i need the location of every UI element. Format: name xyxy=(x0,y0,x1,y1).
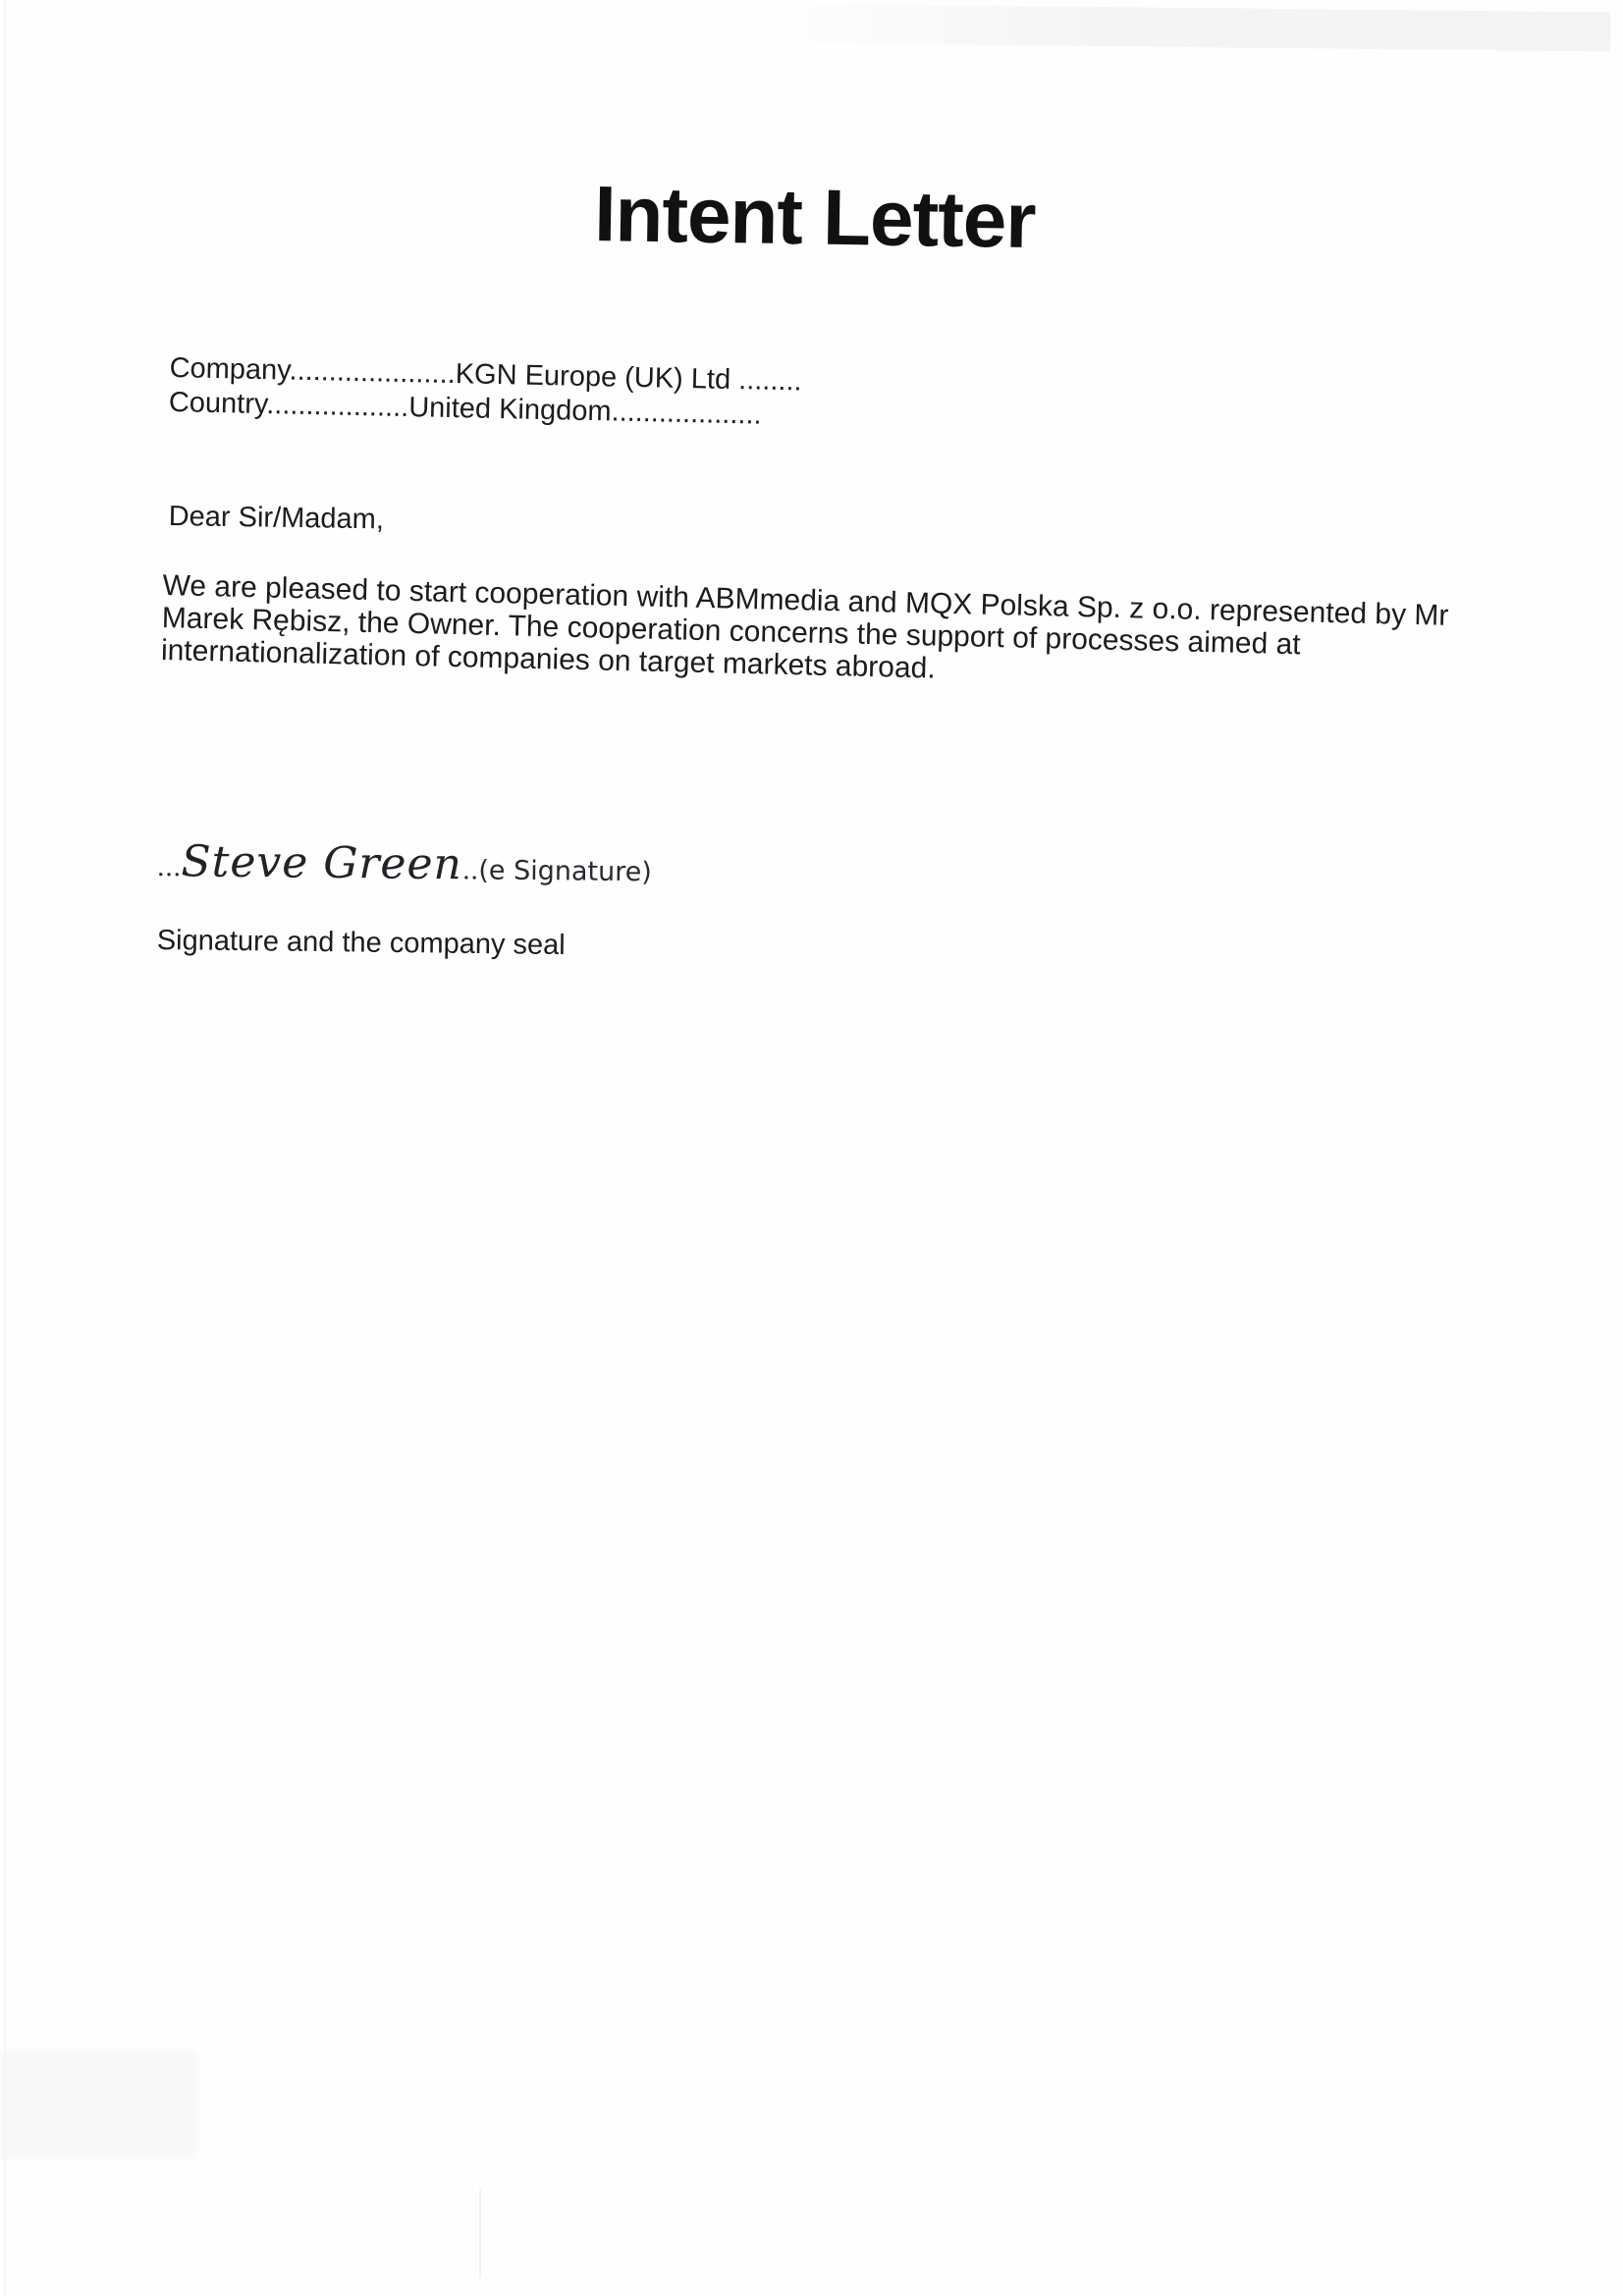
scanned-letter-page: Intent Letter Company...................… xyxy=(0,0,1623,2296)
company-trailing-dots: ........ xyxy=(730,364,802,398)
scan-bleed-artifact xyxy=(0,2052,196,2160)
scan-edge-artifact xyxy=(4,0,6,2296)
signature-trailing-dots: .. xyxy=(462,856,479,885)
company-label: Company xyxy=(169,352,290,387)
country-leader-dots: .................. xyxy=(266,389,409,423)
scan-bleed-artifact xyxy=(766,3,1610,51)
company-leader-dots: ..................... xyxy=(289,355,456,391)
signature-block: ...Steve Green..(e Signature) xyxy=(156,836,652,891)
salutation: Dear Sir/Madam, xyxy=(168,501,384,536)
handwritten-signature: Steve Green xyxy=(181,836,462,889)
scan-line-artifact xyxy=(479,2189,481,2277)
country-value: United Kingdom xyxy=(408,392,612,427)
document-title: Intent Letter xyxy=(594,169,1037,266)
country-label: Country xyxy=(169,387,267,420)
signature-leading-dots: ... xyxy=(157,853,182,882)
company-value: KGN Europe (UK) Ltd xyxy=(455,358,730,396)
letter-body: We are pleased to start cooperation with… xyxy=(161,569,1479,698)
recipient-fields: Company.....................KGN Europe (… xyxy=(169,351,802,433)
country-trailing-dots: ................... xyxy=(611,396,762,430)
signature-caption: Signature and the company seal xyxy=(157,925,566,962)
e-signature-note: (e Signature) xyxy=(478,855,652,887)
